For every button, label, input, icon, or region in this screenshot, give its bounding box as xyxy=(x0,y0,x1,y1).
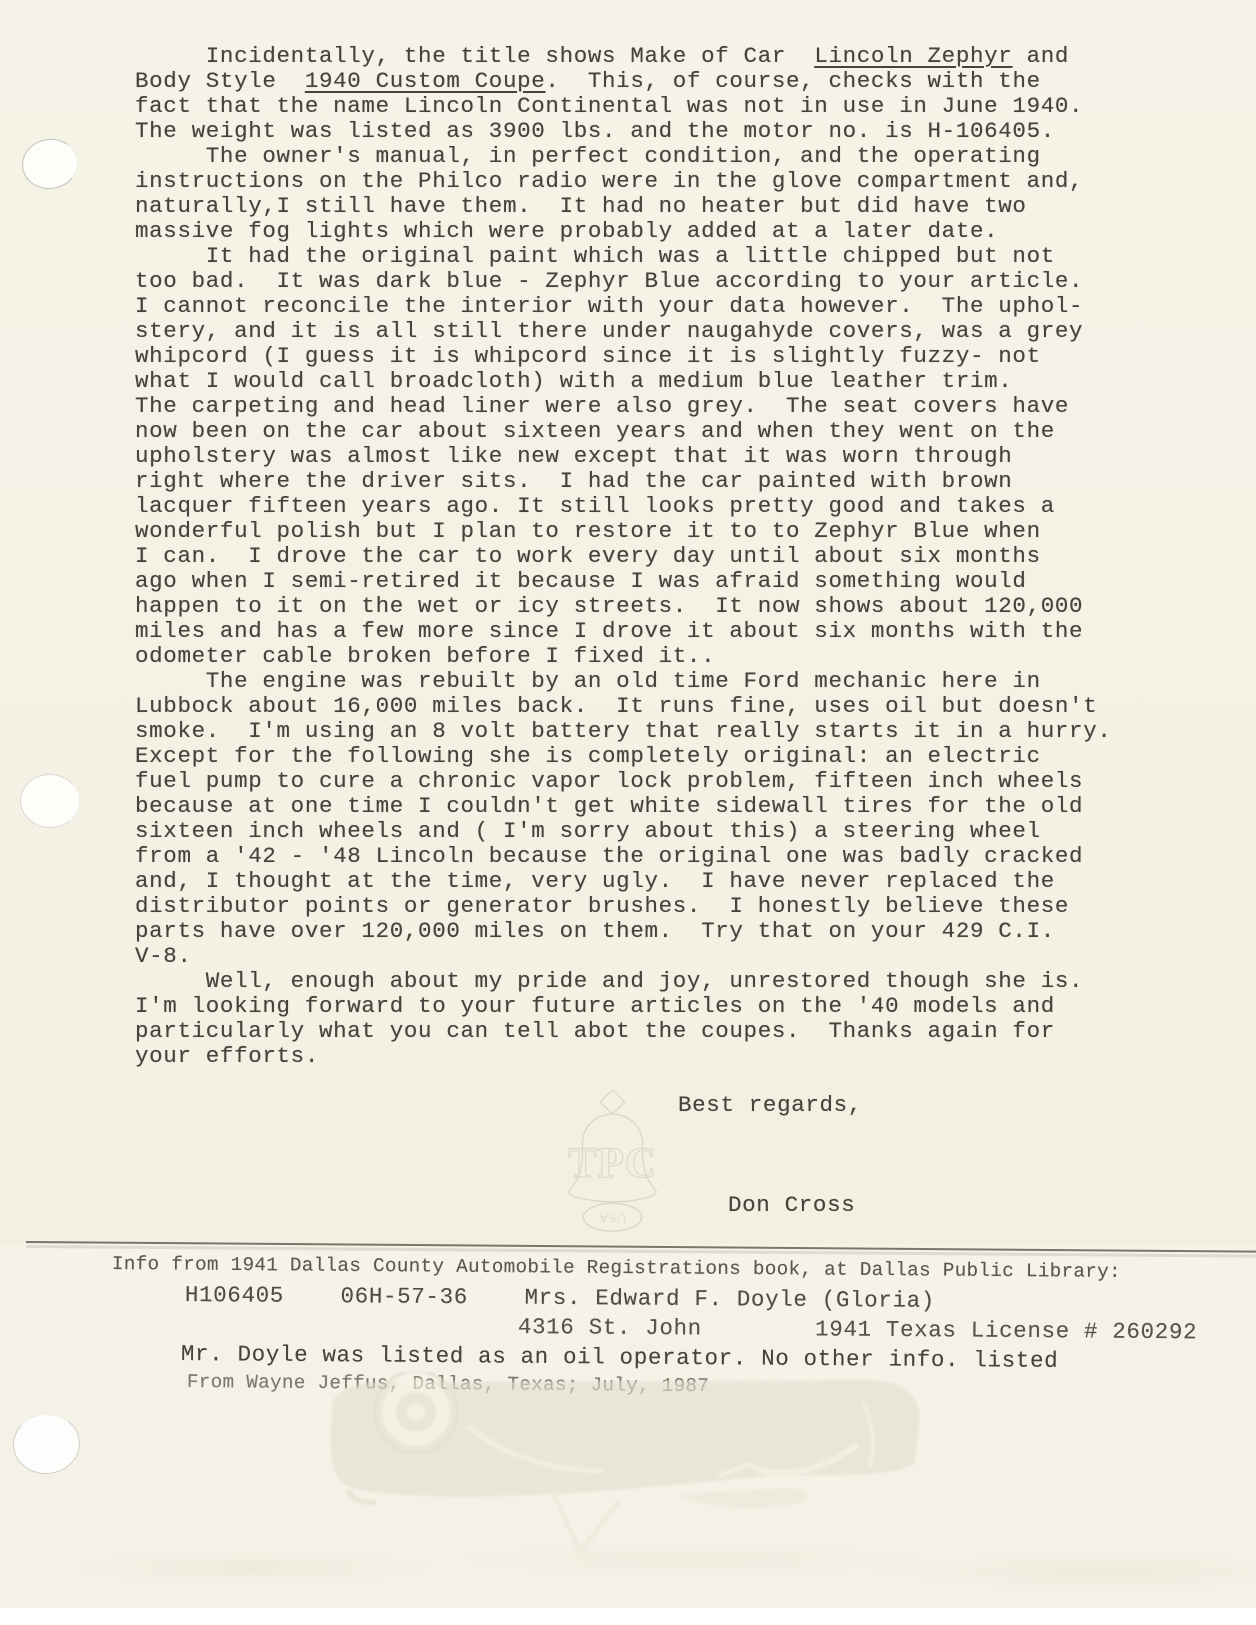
letter-line: Body Style 1940 Custom Coupe. This, of c… xyxy=(135,69,1112,94)
letter-line: stery, and it is all still there under n… xyxy=(135,319,1112,344)
letter-line: upholstery was almost like new except th… xyxy=(135,444,1112,469)
watermark-bottom-text: USA xyxy=(598,1210,627,1226)
letter-body: Incidentally, the title shows Make of Ca… xyxy=(135,44,1112,1069)
letter-line: too bad. It was dark blue - Zephyr Blue … xyxy=(135,269,1112,294)
letter-line: happen to it on the wet or icy streets. … xyxy=(135,594,1112,619)
letter-line: odometer cable broken before I fixed it.… xyxy=(135,644,1112,669)
letter-line: The carpeting and head liner were also g… xyxy=(135,394,1112,419)
letter-line: Well, enough about my pride and joy, unr… xyxy=(135,969,1112,994)
bell-watermark-icon: TPC USA xyxy=(560,1086,665,1241)
letter-closing: Best regards, xyxy=(678,1092,862,1118)
letter-line: right where the driver sits. I had the c… xyxy=(135,469,1112,494)
letter-line: The owner's manual, in perfect condition… xyxy=(135,144,1112,169)
letter-line: instructions on the Philco radio were in… xyxy=(135,169,1112,194)
letter-line: wonderful polish but I plan to restore i… xyxy=(135,519,1112,544)
letter-line: smoke. I'm using an 8 volt battery that … xyxy=(135,719,1112,744)
letter-line: from a '42 - '48 Lincoln because the ori… xyxy=(135,844,1112,869)
letter-line: I cannot reconcile the interior with you… xyxy=(135,294,1112,319)
hole-punch-middle xyxy=(18,772,82,830)
letter-line: particularly what you can tell abot the … xyxy=(135,1019,1112,1044)
watermark-letters: TPC xyxy=(568,1140,657,1187)
letter-line: massive fog lights which were probably a… xyxy=(135,219,1112,244)
letter-line: lacquer fifteen years ago. It still look… xyxy=(135,494,1112,519)
letter-line: naturally,I still have them. It had no h… xyxy=(135,194,1112,219)
letter-line: I'm looking forward to your future artic… xyxy=(135,994,1112,1019)
letter-line: and, I thought at the time, very ugly. I… xyxy=(135,869,1112,894)
letter-line: whipcord (I guess it is whipcord since i… xyxy=(135,344,1112,369)
registration-line: 4316 St. John 1941 Texas License # 26029… xyxy=(518,1314,1197,1345)
scanned-letter-page: TPC USA Incidentally, the title shows Ma… xyxy=(0,0,1256,1625)
letter-line: miles and has a few more since I drove i… xyxy=(135,619,1112,644)
letter-line: It had the original paint which was a li… xyxy=(135,244,1112,269)
letter-line: fuel pump to cure a chronic vapor lock p… xyxy=(135,769,1112,794)
hole-punch-top xyxy=(19,135,81,192)
letter-line: ago when I semi-retired it because I was… xyxy=(135,569,1112,594)
letter-line: Lubbock about 16,000 miles back. It runs… xyxy=(135,694,1112,719)
letter-line: fact that the name Lincoln Continental w… xyxy=(135,94,1112,119)
letter-line: The weight was listed as 3900 lbs. and t… xyxy=(135,119,1112,144)
scan-texture-band xyxy=(0,1528,1256,1608)
letter-line: V-8. xyxy=(135,944,1112,969)
letter-line: Incidentally, the title shows Make of Ca… xyxy=(135,44,1112,69)
letter-line: The engine was rebuilt by an old time Fo… xyxy=(135,669,1112,694)
letter-line: Except for the following she is complete… xyxy=(135,744,1112,769)
letter-line: your efforts. xyxy=(135,1044,1112,1069)
letter-line: because at one time I couldn't get white… xyxy=(135,794,1112,819)
bottom-scan-edge xyxy=(0,1608,1256,1625)
letter-line: I can. I drove the car to work every day… xyxy=(135,544,1112,569)
letter-line: what I would call broadcloth) with a med… xyxy=(135,369,1112,394)
letter-line: sixteen inch wheels and ( I'm sorry abou… xyxy=(135,819,1112,844)
letter-signature: Don Cross xyxy=(728,1192,855,1218)
letter-line: parts have over 120,000 miles on them. T… xyxy=(135,919,1112,944)
letter-line: now been on the car about sixteen years … xyxy=(135,419,1112,444)
letter-line: distributor points or generator brushes.… xyxy=(135,894,1112,919)
